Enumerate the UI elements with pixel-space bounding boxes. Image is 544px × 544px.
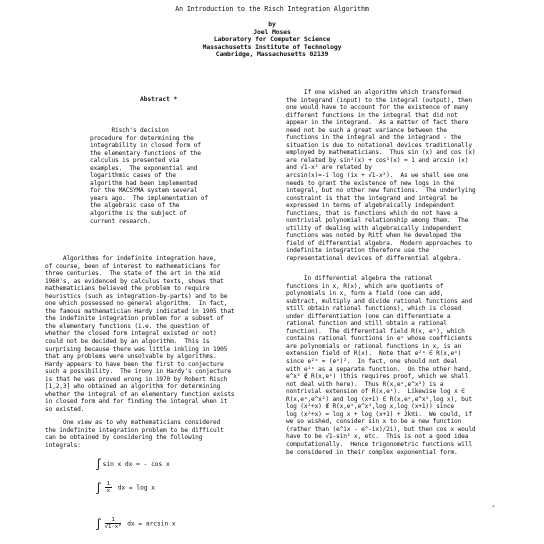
left-column-paragraph-2: One view as to why mathematicians consid… [45,419,224,449]
right-column-paragraph-1: If one wished an algorithm which transfo… [286,89,476,263]
right-column-paragraph-2: In differential algebra the rational fun… [286,275,476,456]
equation-log: ∫1x dx = log x [95,481,155,495]
left-column-paragraph-1: Algorithms for indefinite integration ha… [45,255,235,413]
fraction: 1√1-x² [105,517,122,530]
affiliation-address: Cambridge, Massachusetts 02139 [0,51,544,59]
paper-title: An Introduction to the Risch Integration… [0,6,544,14]
integral-sign-icon: ∫ [95,482,102,495]
abstract-heading: Abstract * [140,96,177,103]
integral-sign-icon: ∫ [95,458,102,471]
footnote-mark: * [492,505,495,511]
author-block: by Joel Moses Laboratory for Computer Sc… [0,21,544,59]
integral-sign-icon: ∫ [95,518,102,531]
abstract-body: Risch's decision procedure for determini… [90,127,208,225]
document-page: An Introduction to the Risch Integration… [0,0,544,544]
equation-arcsin: ∫1√1-x² dx = arcsin x [95,517,176,531]
equation-sin: ∫sin x dx = - cos x [95,458,170,471]
fraction: 1x [105,481,112,494]
